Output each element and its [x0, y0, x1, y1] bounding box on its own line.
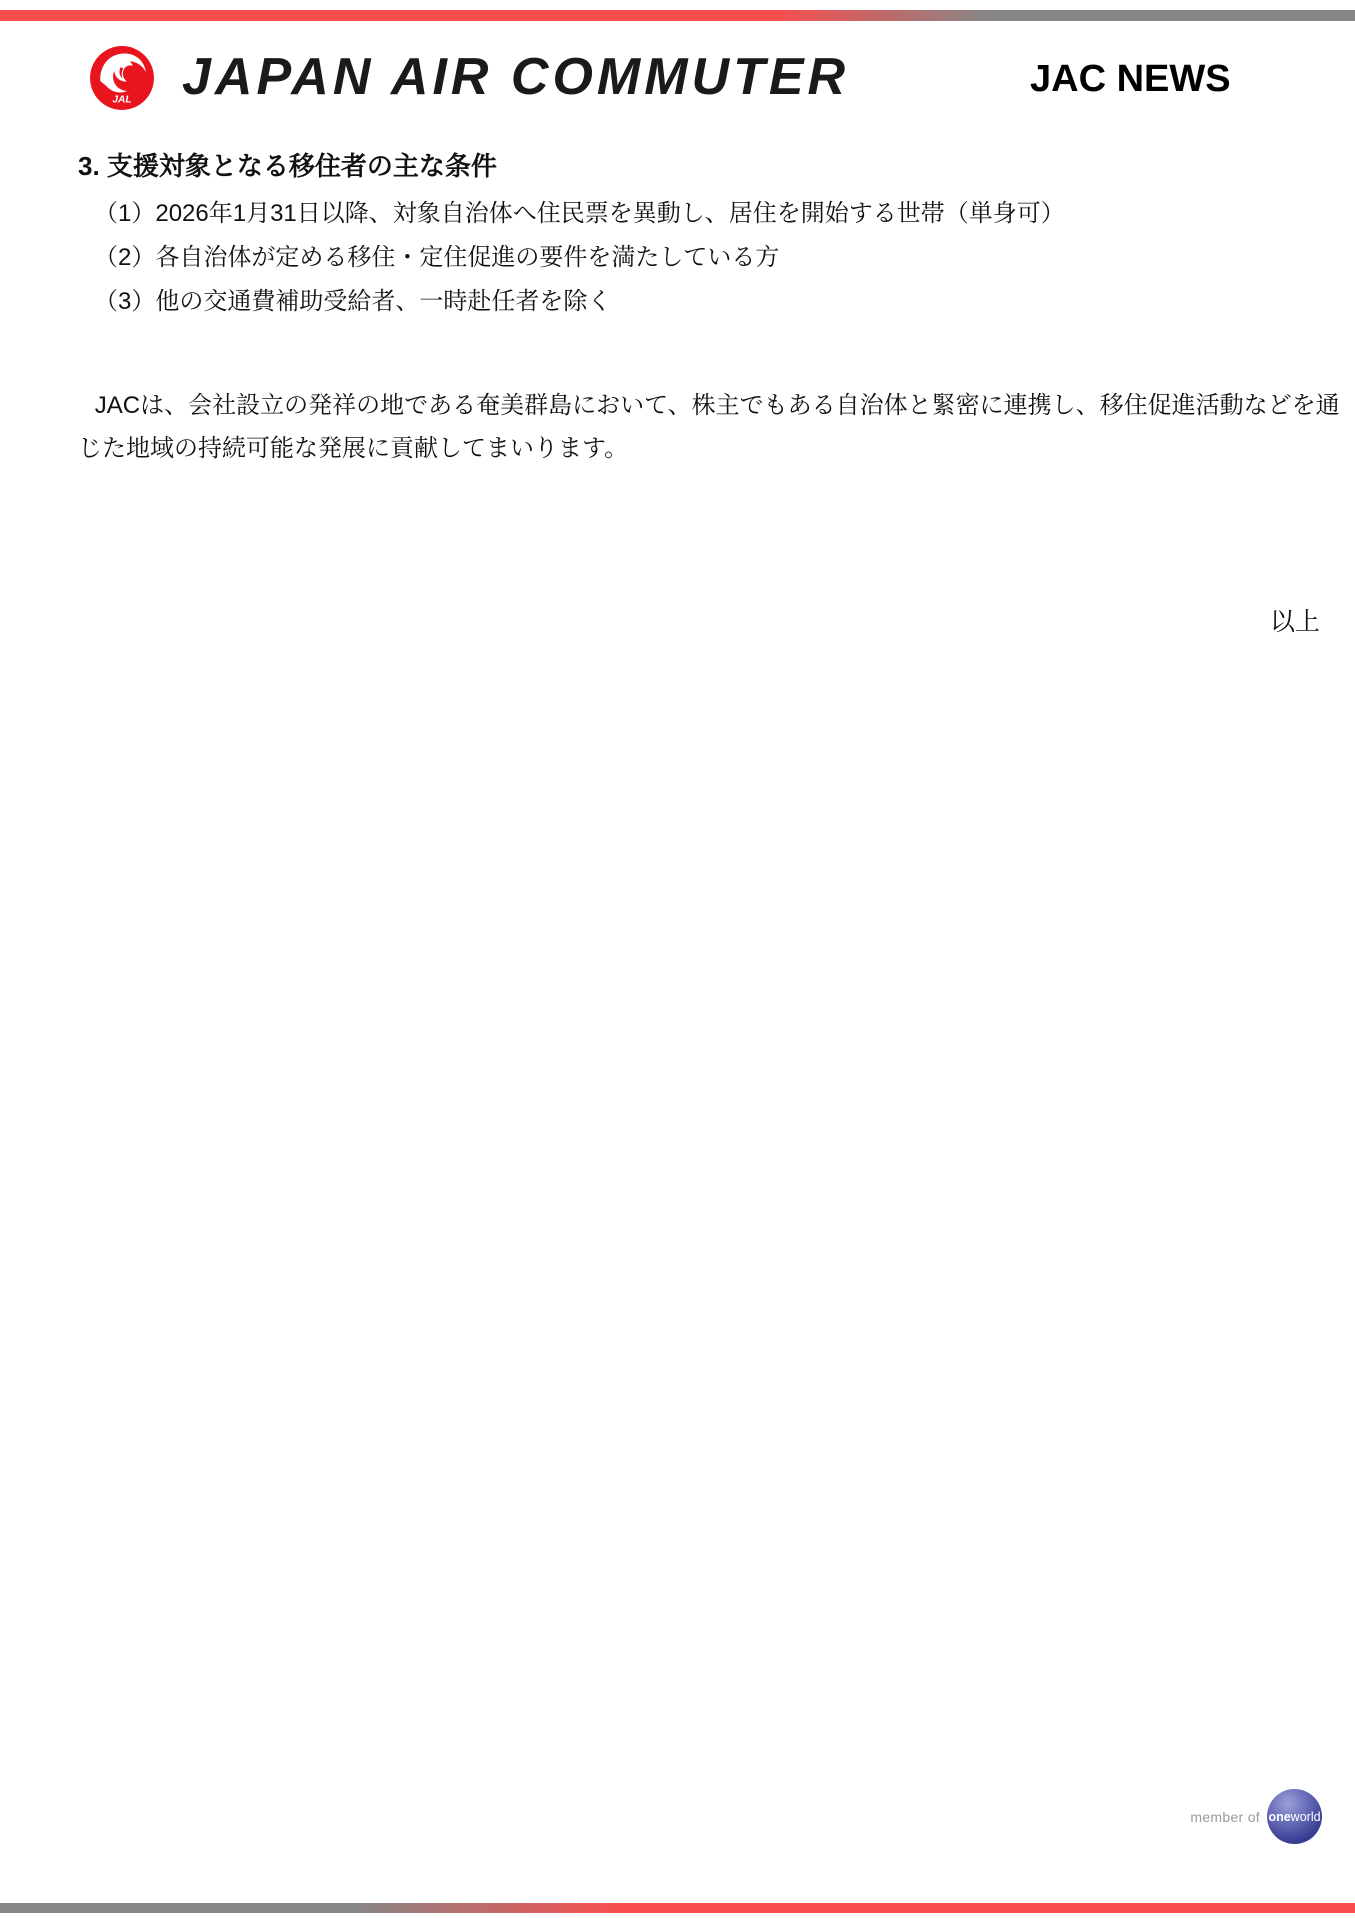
conditions-list: （1）2026年1月31日以降、対象自治体へ住民票を異動し、居住を開始する世帯（… — [78, 192, 1065, 324]
bottom-accent-bar — [0, 1903, 1355, 1913]
newsletter-title: JAC NEWS — [1030, 58, 1231, 100]
section-heading: 3. 支援対象となる移住者の主な条件 — [78, 149, 497, 183]
jal-tsurumaru-icon: JAL — [88, 44, 156, 112]
condition-item-2: （2）各自治体が定める移住・定住促進の要件を満たしている方 — [78, 236, 1065, 280]
closing-paragraph: JACは、会社設立の発祥の地である奄美群島において、株主でもある自治体と緊密に連… — [78, 384, 1340, 470]
oneworld-sphere-icon: oneworld — [1267, 1789, 1322, 1844]
condition-item-1: （1）2026年1月31日以降、対象自治体へ住民票を異動し、居住を開始する世帯（… — [78, 192, 1065, 236]
member-of-label: member of — [1190, 1809, 1260, 1825]
condition-item-3: （3）他の交通費補助受給者、一時赴任者を除く — [78, 280, 1065, 324]
brand-wordmark: JAPAN AIR COMMUTER — [182, 48, 849, 106]
oneworld-text-regular: world — [1291, 1810, 1321, 1824]
jal-logo-text: JAL — [112, 94, 131, 105]
oneworld-logo: member of oneworld — [1190, 1789, 1322, 1844]
oneworld-text-bold: one — [1268, 1810, 1290, 1824]
end-marker: 以上 — [1270, 606, 1320, 638]
top-accent-bar — [0, 10, 1355, 21]
press-release-page: JAL JAPAN AIR COMMUTER JAC NEWS 3. 支援対象と… — [0, 0, 1355, 1918]
